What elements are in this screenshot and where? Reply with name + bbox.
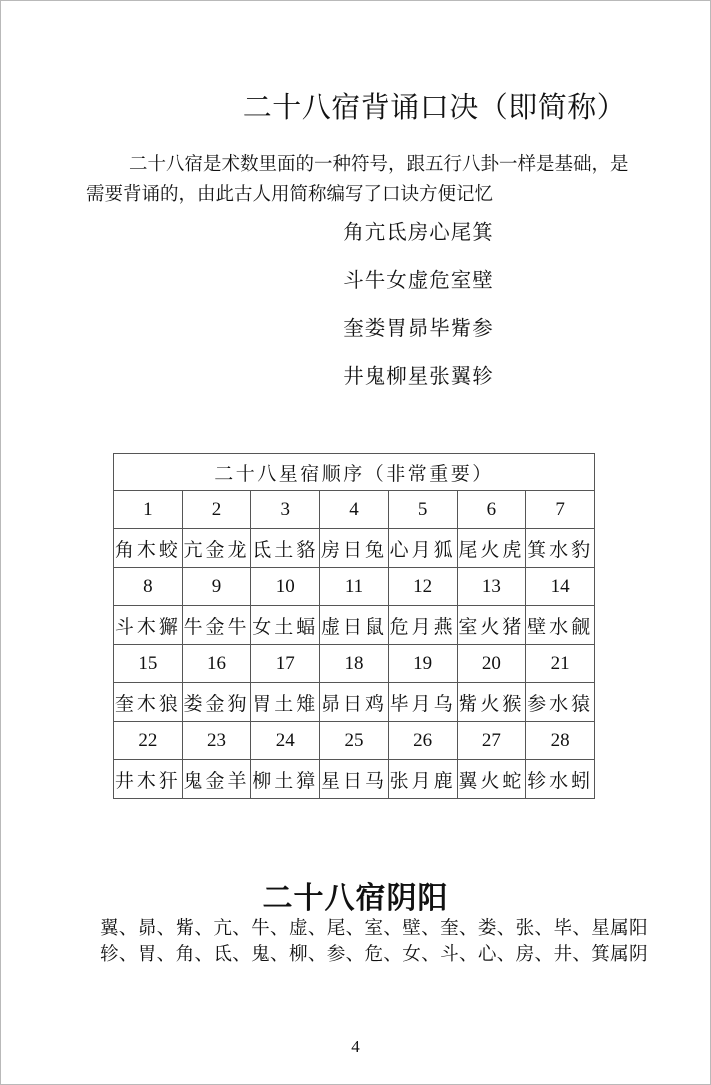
mansion-name-cell: 角木蛟 — [114, 529, 183, 568]
mansion-name-cell: 毕月乌 — [388, 683, 457, 722]
mansion-name-cell: 箕水豹 — [526, 529, 595, 568]
mansion-number-cell: 13 — [457, 568, 526, 606]
mansion-number-cell: 2 — [182, 491, 251, 529]
yinyang-block: 翼、昴、觜、亢、牛、虚、尾、室、壁、奎、娄、张、毕、星属阳 轸、胃、角、氐、鬼、… — [100, 916, 648, 968]
mansion-number-cell: 16 — [182, 645, 251, 683]
mansion-number-cell: 22 — [114, 722, 183, 760]
mnemonic-line-3: 奎娄胃昴毕觜参 — [127, 305, 710, 353]
mansion-name-cell: 亢金龙 — [182, 529, 251, 568]
mansion-number-cell: 6 — [457, 491, 526, 529]
mansion-number-cell: 23 — [182, 722, 251, 760]
mansion-number-cell: 7 — [526, 491, 595, 529]
mnemonic-line-2: 斗牛女虚危室壁 — [127, 257, 710, 305]
mansion-name-cell: 心月狐 — [388, 529, 457, 568]
table-title-row: 二十八星宿顺序（非常重要） — [114, 454, 595, 491]
mansion-name-cell: 昴日鸡 — [320, 683, 389, 722]
mansion-number-cell: 24 — [251, 722, 320, 760]
mansion-name-cell: 觜火猴 — [457, 683, 526, 722]
mansion-name-cell: 张月鹿 — [388, 760, 457, 799]
mansion-table-body: 二十八星宿顺序（非常重要） 1234567角木蛟亢金龙氐土貉房日兔心月狐尾火虎箕… — [114, 454, 595, 799]
mansion-name-cell: 室火猪 — [457, 606, 526, 645]
table-row: 井木犴鬼金羊柳土獐星日马张月鹿翼火蛇轸水蚓 — [114, 760, 595, 799]
mansion-order-table: 二十八星宿顺序（非常重要） 1234567角木蛟亢金龙氐土貉房日兔心月狐尾火虎箕… — [113, 453, 595, 799]
mansion-name-cell: 氐土貉 — [251, 529, 320, 568]
mansion-name-cell: 奎木狼 — [114, 683, 183, 722]
mnemonic-line-4: 井鬼柳星张翼轸 — [127, 353, 710, 401]
mnemonic-block: 角亢氐房心尾箕 斗牛女虚危室壁 奎娄胃昴毕觜参 井鬼柳星张翼轸 — [1, 209, 710, 401]
mnemonic-line-1: 角亢氐房心尾箕 — [127, 209, 710, 257]
mansion-number-cell: 18 — [320, 645, 389, 683]
mansion-number-cell: 27 — [457, 722, 526, 760]
mansion-number-cell: 14 — [526, 568, 595, 606]
table-row: 15161718192021 — [114, 645, 595, 683]
mansion-name-cell: 牛金牛 — [182, 606, 251, 645]
mansion-number-cell: 25 — [320, 722, 389, 760]
mansion-number-cell: 15 — [114, 645, 183, 683]
table-row: 22232425262728 — [114, 722, 595, 760]
mansion-number-cell: 11 — [320, 568, 389, 606]
table-row: 角木蛟亢金龙氐土貉房日兔心月狐尾火虎箕水豹 — [114, 529, 595, 568]
document-page: 二十八宿背诵口决（即简称） 二十八宿是术数里面的一种符号，跟五行八卦一样是基础，… — [0, 0, 711, 1085]
mansion-number-cell: 3 — [251, 491, 320, 529]
mansion-name-cell: 尾火虎 — [457, 529, 526, 568]
mansion-name-cell: 壁水觎 — [526, 606, 595, 645]
mansion-number-cell: 17 — [251, 645, 320, 683]
yinyang-heading: 二十八宿阴阳 — [1, 873, 710, 917]
intro-line-1: 二十八宿是术数里面的一种符号，跟五行八卦一样是基础，是 — [86, 150, 634, 180]
mansion-name-cell: 井木犴 — [114, 760, 183, 799]
mansion-name-cell: 胃土雉 — [251, 683, 320, 722]
yin-line: 轸、胃、角、氐、鬼、柳、参、危、女、斗、心、房、井、箕属阴 — [100, 942, 648, 968]
mansion-name-cell: 危月燕 — [388, 606, 457, 645]
mansion-number-cell: 4 — [320, 491, 389, 529]
table-row: 斗木獬牛金牛女土蝠虚日鼠危月燕室火猪壁水觎 — [114, 606, 595, 645]
page-title: 二十八宿背诵口决（即简称） — [1, 85, 710, 126]
mansion-number-cell: 1 — [114, 491, 183, 529]
mansion-name-cell: 星日马 — [320, 760, 389, 799]
mansion-number-cell: 10 — [251, 568, 320, 606]
table-row: 1234567 — [114, 491, 595, 529]
table-row: 奎木狼娄金狗胃土雉昴日鸡毕月乌觜火猴参水猿 — [114, 683, 595, 722]
mansion-number-cell: 5 — [388, 491, 457, 529]
mansion-number-cell: 19 — [388, 645, 457, 683]
mansion-name-cell: 虚日鼠 — [320, 606, 389, 645]
mansion-name-cell: 鬼金羊 — [182, 760, 251, 799]
mansion-number-cell: 21 — [526, 645, 595, 683]
yang-line: 翼、昴、觜、亢、牛、虚、尾、室、壁、奎、娄、张、毕、星属阳 — [100, 916, 648, 942]
table-title: 二十八星宿顺序（非常重要） — [114, 454, 595, 491]
mansion-number-cell: 26 — [388, 722, 457, 760]
mansion-number-cell: 9 — [182, 568, 251, 606]
intro-paragraph: 二十八宿是术数里面的一种符号，跟五行八卦一样是基础，是 需要背诵的，由此古人用简… — [86, 150, 634, 210]
mansion-name-cell: 翼火蛇 — [457, 760, 526, 799]
page-number: 4 — [1, 1037, 710, 1057]
mansion-name-cell: 柳土獐 — [251, 760, 320, 799]
mansion-name-cell: 轸水蚓 — [526, 760, 595, 799]
mansion-number-cell: 20 — [457, 645, 526, 683]
intro-line-2: 需要背诵的，由此古人用简称编写了口诀方便记忆 — [86, 180, 634, 210]
mansion-number-cell: 28 — [526, 722, 595, 760]
mansion-name-cell: 女土蝠 — [251, 606, 320, 645]
mansion-name-cell: 参水猿 — [526, 683, 595, 722]
mansion-name-cell: 娄金狗 — [182, 683, 251, 722]
mansion-name-cell: 斗木獬 — [114, 606, 183, 645]
mansion-number-cell: 12 — [388, 568, 457, 606]
mansion-name-cell: 房日兔 — [320, 529, 389, 568]
mansion-number-cell: 8 — [114, 568, 183, 606]
table-row: 891011121314 — [114, 568, 595, 606]
